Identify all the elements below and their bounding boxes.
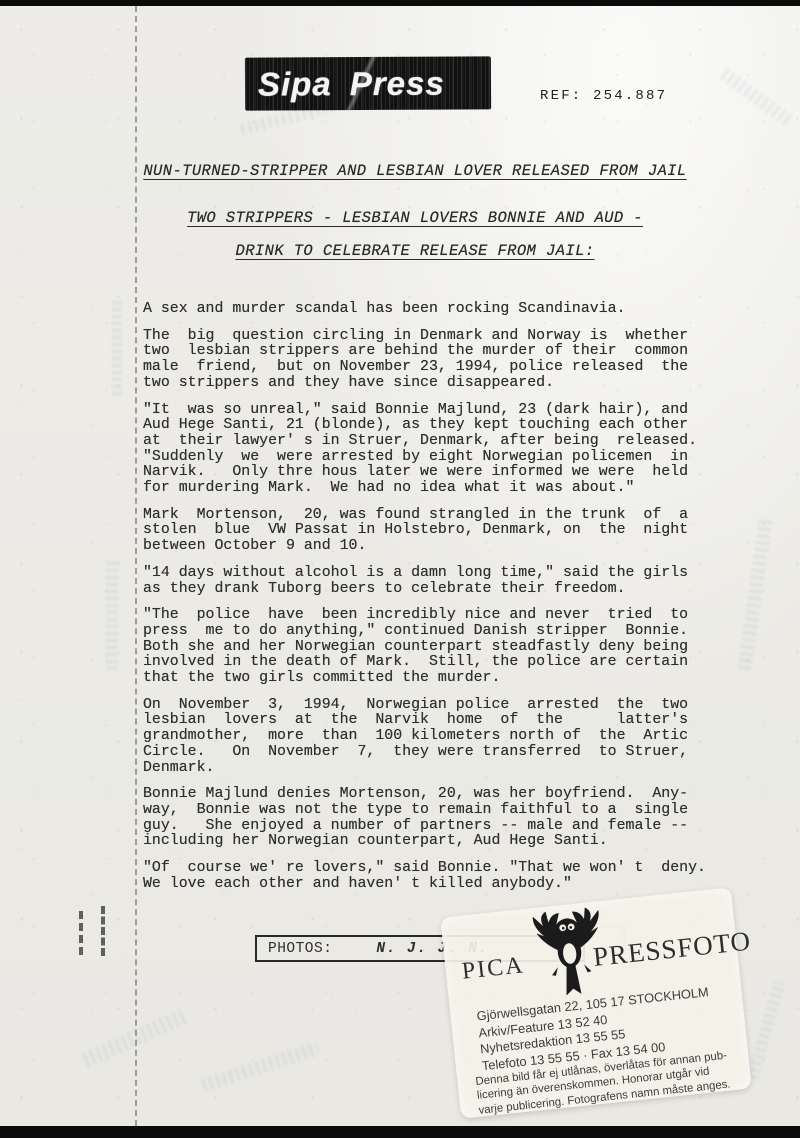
article-paragraph: "The police have been incredibly nice an… bbox=[143, 608, 743, 687]
article-paragraph: A sex and murder scandal has been rockin… bbox=[143, 302, 743, 318]
subhead-line-2: DRINK TO CELEBRATE RELEASE FROM JAIL: bbox=[130, 242, 700, 260]
article-paragraph: "It was so unreal," said Bonnie Majlund,… bbox=[143, 403, 743, 497]
reference-number: REF: 254.887 bbox=[540, 88, 667, 104]
article-paragraph: "Of course we' re lovers," said Bonnie. … bbox=[143, 861, 743, 892]
article-paragraph: Bonnie Majlund denies Mortenson, 20, was… bbox=[143, 787, 743, 850]
article-body: A sex and murder scandal has been rockin… bbox=[143, 302, 743, 904]
pica-brand-text: PICA bbox=[461, 952, 526, 985]
ink-bleed-ghost bbox=[746, 980, 785, 1079]
subhead-line-1: TWO STRIPPERS - LESBIAN LOVERS BONNIE AN… bbox=[130, 209, 700, 227]
photos-label: PHOTOS: bbox=[268, 941, 332, 957]
scan-edge-bottom bbox=[0, 1126, 800, 1138]
magpie-logo-icon bbox=[518, 902, 622, 1007]
margin-tick-mark bbox=[101, 906, 105, 956]
ink-bleed-ghost bbox=[720, 68, 793, 126]
ink-bleed-ghost bbox=[112, 300, 122, 395]
article-paragraph: On November 3, 1994, Norwegian police ar… bbox=[143, 698, 743, 777]
article-paragraph: Mark Mortenson, 20, was found strangled … bbox=[143, 508, 743, 555]
scan-edge-top bbox=[0, 0, 800, 6]
headline: NUN-TURNED-STRIPPER AND LESBIAN LOVER RE… bbox=[130, 162, 700, 180]
margin-tick-mark bbox=[79, 911, 83, 955]
article-paragraph: "14 days without alcohol is a damn long … bbox=[143, 566, 743, 597]
pica-pressfoto-sticker: PICA PRESSFOTO Gjörwellsgatan 22, 105 17… bbox=[440, 887, 752, 1118]
article-paragraph: The big question circling in Denmark and… bbox=[143, 329, 743, 392]
sipa-press-logo-text: Sipa Press bbox=[258, 64, 445, 103]
scanned-press-caption-sheet: Sipa Press REF: 254.887 NUN-TURNED-STRIP… bbox=[0, 0, 800, 1138]
ink-bleed-ghost bbox=[106, 560, 118, 670]
ink-bleed-ghost bbox=[201, 1042, 319, 1092]
sipa-press-logo: Sipa Press bbox=[245, 56, 491, 110]
